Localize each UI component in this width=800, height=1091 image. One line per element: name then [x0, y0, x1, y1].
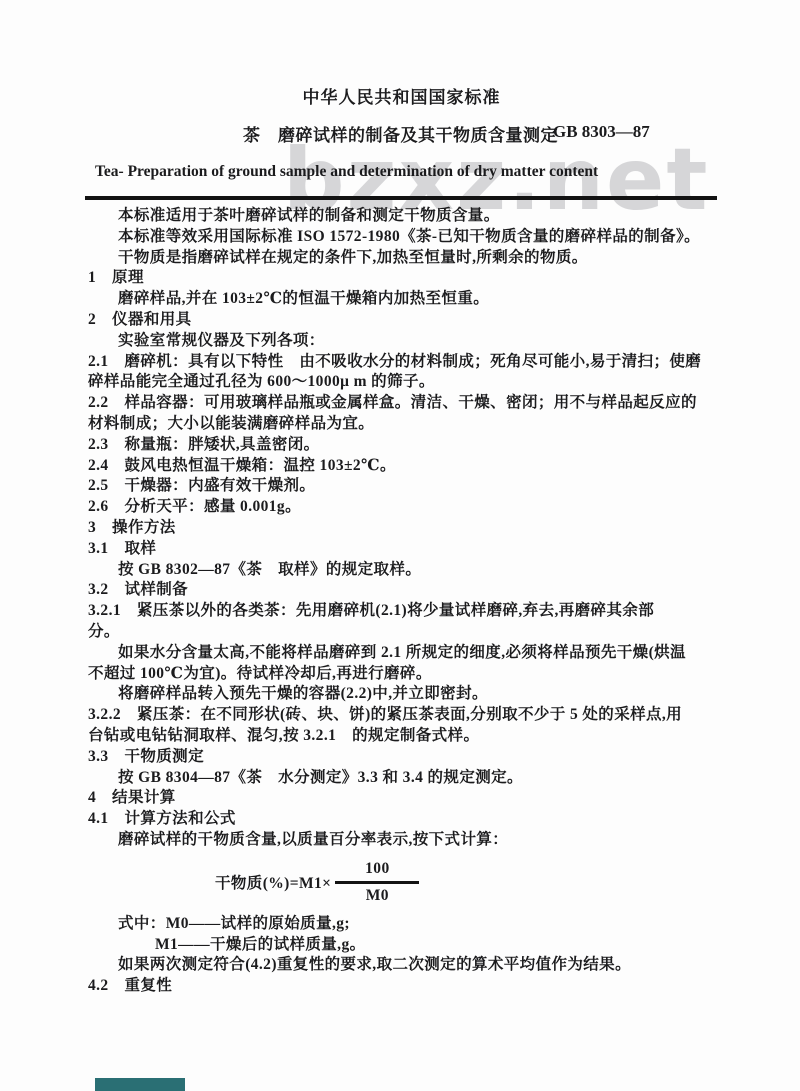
section-heading-3: 3 操作方法: [88, 518, 728, 539]
doc-line: 干物质是指磨碎试样在规定的条件下,加热至恒量时,所剩余的物质。: [88, 248, 728, 269]
clause-2-3: 2.3 称量瓶：胖矮状,具盖密闭。: [88, 435, 728, 456]
doc-line: 按 GB 8302—87《茶 取样》的规定取样。: [88, 560, 728, 581]
scanned-standard-page: bzxz.net 中华人民共和国国家标准 茶 磨碎试样的制备及其干物质含量测定 …: [0, 0, 800, 1091]
clause-2-5: 2.5 干燥器：内盛有效干燥剂。: [88, 476, 728, 497]
formula-fraction: 100 M0: [335, 859, 419, 906]
clause-2-2: 2.2 样品容器：可用玻璃样品瓶或金属样盒。清洁、干燥、密闭；用不与样品起反应的: [88, 393, 728, 414]
section-heading-2: 2 仪器和用具: [88, 310, 728, 331]
doc-line: 台钻或电钻钻洞取样、混匀,按 3.2.1 的规定制备式样。: [88, 726, 728, 747]
doc-line: 不超过 100℃为宜)。待试样冷却后,再进行磨碎。: [88, 664, 728, 685]
clause-2-6: 2.6 分析天平：感量 0.001g。: [88, 497, 728, 518]
doc-line: 磨碎样品,并在 103±2℃的恒温干燥箱内加热至恒重。: [88, 289, 728, 310]
formula-denominator: M0: [366, 886, 389, 906]
doc-line: 按 GB 8304—87《茶 水分测定》3.3 和 3.4 的规定测定。: [88, 768, 728, 789]
dry-matter-formula: 干物质(%)=M1× 100 M0: [88, 851, 728, 914]
doc-line: 如果水分含量太高,不能将样品磨碎到 2.1 所规定的细度,必须将样品预先干燥(烘…: [88, 643, 728, 664]
doc-line: 实验室常规仪器及下列各项：: [88, 331, 728, 352]
header-divider-rule: [85, 196, 717, 200]
document-title-cn: 茶 磨碎试样的制备及其干物质含量测定: [243, 121, 558, 146]
doc-line: 本标准等效采用国际标准 ISO 1572-1980《茶-已知干物质含量的磨碎样品…: [88, 227, 728, 248]
bottom-watermark-bar: [95, 1078, 185, 1091]
document-body: 本标准适用于茶叶磨碎试样的制备和测定干物质含量。 本标准等效采用国际标准 ISO…: [88, 206, 728, 997]
formula-lhs: 干物质(%)=M1×: [215, 871, 331, 893]
doc-line: 材料制成；大小以能装满磨碎样品为宜。: [88, 414, 728, 435]
clause-3-3: 3.3 干物质测定: [88, 747, 728, 768]
formula-numerator: 100: [365, 859, 389, 879]
clause-4-1: 4.1 计算方法和公式: [88, 809, 728, 830]
doc-line: 磨碎试样的干物质含量,以质量百分率表示,按下式计算：: [88, 830, 728, 851]
formula-legend-m0: 式中：M0——试样的原始质量,g;: [88, 914, 728, 935]
doc-line: 将磨碎样品转入预先干燥的容器(2.2)中,并立即密封。: [88, 684, 728, 705]
doc-line: 如果两次测定符合(4.2)重复性的要求,取二次测定的算术平均值作为结果。: [88, 955, 728, 976]
doc-line: 本标准适用于茶叶磨碎试样的制备和测定干物质含量。: [88, 206, 728, 227]
standard-number: GB 8303—87: [553, 122, 650, 142]
clause-3-2-2: 3.2.2 紧压茶：在不同形状(砖、块、饼)的紧压茶表面,分别取不少于 5 处的…: [88, 705, 728, 726]
national-standard-label: 中华人民共和国国家标准: [88, 83, 715, 108]
clause-2-4: 2.4 鼓风电热恒温干燥箱：温控 103±2℃。: [88, 456, 728, 477]
doc-line: 分。: [88, 622, 728, 643]
document-title-en: Tea- Preparation of ground sample and de…: [95, 163, 598, 181]
clause-3-1: 3.1 取样: [88, 539, 728, 560]
document-content: 中华人民共和国国家标准 茶 磨碎试样的制备及其干物质含量测定 GB 8303—8…: [0, 0, 800, 1091]
section-heading-4: 4 结果计算: [88, 788, 728, 809]
clause-3-2-1: 3.2.1 紧压茶以外的各类茶：先用磨碎机(2.1)将少量试样磨碎,弃去,再磨碎…: [88, 601, 728, 622]
fraction-bar: [335, 881, 419, 884]
formula-legend-m1: M1——干燥后的试样质量,g。: [88, 935, 728, 956]
doc-line: 碎样品能完全通过孔径为 600～1000μ m 的筛子。: [88, 372, 728, 393]
section-heading-1: 1 原理: [88, 268, 728, 289]
clause-3-2: 3.2 试样制备: [88, 580, 728, 601]
clause-4-2: 4.2 重复性: [88, 976, 728, 997]
clause-2-1: 2.1 磨碎机：具有以下特性 由不吸收水分的材料制成；死角尽可能小,易于清扫；使…: [88, 352, 728, 373]
